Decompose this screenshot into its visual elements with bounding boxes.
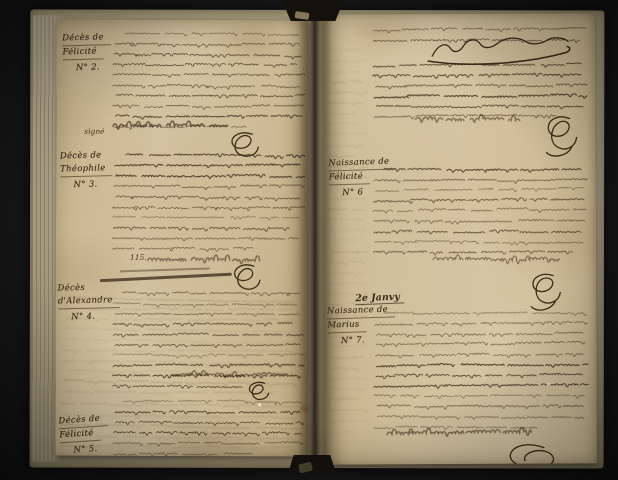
signature-flourish: [110, 118, 228, 144]
margin-note-line2: Félicité: [329, 170, 371, 185]
margin-note-line1: Décès de: [60, 149, 113, 163]
margin-note-line2: Félicité: [59, 427, 101, 444]
signature-paraph: [525, 272, 561, 314]
right-page: Naissance de Félicité N° 6 2e Janvy Nais…: [324, 13, 597, 464]
margin-note-naissance-felicite-6: Naissance de Félicité N° 6: [328, 155, 397, 201]
signature-oval-paraph: [504, 442, 558, 465]
handwritten-entry-text: [373, 161, 588, 265]
margin-note-naissance-marius-7: Naissance de Marius N° 7.: [327, 303, 396, 349]
margin-note-deces-felicite-5: Décès de Félicité N° 5.: [58, 412, 109, 456]
signed-label: signé: [84, 127, 104, 136]
margin-note-number: N° 7.: [341, 334, 396, 349]
margin-note-line2: Marius: [327, 318, 367, 333]
signature-flourish: [414, 112, 529, 139]
margin-note-deces-theophile-3: Décès de Théophile N° 3.: [60, 149, 113, 193]
margin-note-line2: d'Alexandre: [58, 294, 120, 310]
left-page: Décès de Félicité N° 2. signé Décès de T…: [55, 20, 307, 457]
reference-number: 115.: [130, 253, 147, 262]
ink-stain: [300, 402, 311, 415]
margin-note-line1: Décès de: [62, 31, 111, 46]
paper-fleck: [547, 383, 551, 386]
margin-note-line2: Théophile: [60, 162, 113, 177]
margin-note-number: N° 2.: [76, 62, 112, 76]
handwritten-entry-text: [112, 148, 305, 263]
large-signature-swash: [424, 34, 574, 69]
signature-paraph: [228, 262, 262, 292]
handwritten-entry-text: [111, 394, 304, 457]
margin-note-line2: Félicité: [62, 46, 104, 61]
paper-fleck: [258, 403, 262, 406]
spine-head-gap: [282, 0, 344, 21]
margin-note-number: N° 6: [342, 186, 397, 201]
handwritten-entry-text: [373, 305, 589, 440]
scanned-register-photo: Décès de Félicité N° 2. signé Décès de T…: [0, 0, 618, 480]
margin-note-deces-alexandre-4: Décès d'Alexandre N° 4.: [57, 281, 120, 325]
ink-bleed-through: [326, 42, 370, 444]
signature-paraph: [245, 380, 271, 402]
signature-paraph: [539, 113, 577, 159]
signature-paraph: [224, 130, 260, 158]
margin-note-number: N° 4.: [71, 310, 120, 324]
margin-note-number: N° 5.: [73, 442, 109, 456]
margin-note-line1: Naissance de: [328, 155, 396, 171]
margin-note-deces-felicite-2: Décès de Félicité N° 2.: [62, 31, 112, 76]
margin-note-line1: Naissance de: [327, 303, 395, 319]
margin-note-number: N° 3.: [73, 178, 113, 192]
